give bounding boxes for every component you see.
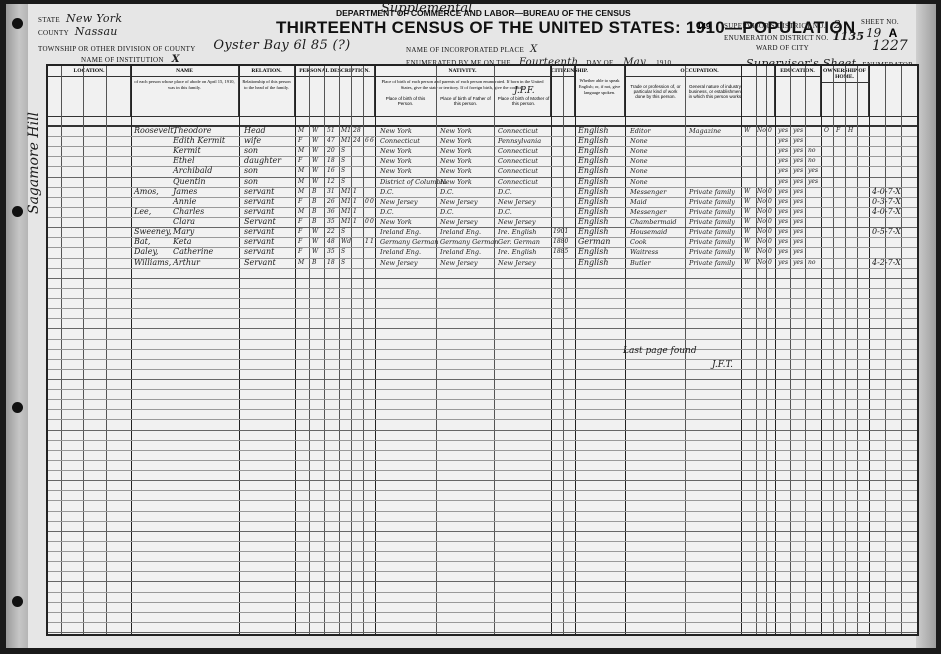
cell-father-birth: Germany German xyxy=(440,237,498,247)
row-line xyxy=(48,389,917,390)
binding-strip xyxy=(6,4,28,648)
cell-given: James xyxy=(173,187,197,197)
cell-given: Clara xyxy=(173,217,195,227)
cell-given: Ethel xyxy=(173,156,195,166)
cell-mother-birth: New Jersey xyxy=(498,197,536,207)
binder-hole xyxy=(12,402,23,413)
row-line xyxy=(48,419,917,420)
cell-trade: Butler xyxy=(630,258,651,268)
cell-race: W xyxy=(312,156,318,166)
cell-surname: Williams, xyxy=(134,258,171,268)
cell-read: yes xyxy=(778,217,788,227)
cell-employ: W xyxy=(744,126,750,136)
cell-birth: District of Columbia xyxy=(380,177,447,187)
cell-weeks: 0 xyxy=(768,217,772,227)
cell-trade: None xyxy=(630,136,648,146)
cell-father-birth: D.C. xyxy=(440,207,454,217)
cell-write: yes xyxy=(793,126,803,136)
cell-lang: English xyxy=(578,126,609,136)
cell-lang: English xyxy=(578,227,609,237)
cell-industry: Private family xyxy=(689,197,735,207)
cell-sex: F xyxy=(298,227,302,237)
cell-father-birth: New York xyxy=(440,146,472,156)
cell-birth: Germany German xyxy=(380,237,438,247)
cell-birth: Connecticut xyxy=(380,136,420,146)
row-line xyxy=(48,500,917,501)
cell-read: yes xyxy=(778,247,788,257)
cell-marital: Wd xyxy=(341,237,351,247)
cell-immig: 1880 xyxy=(553,237,568,247)
cell-sex: F xyxy=(298,197,302,207)
cell-read: yes xyxy=(778,146,788,156)
cell-race: W xyxy=(312,136,318,146)
cell-father-birth: New Jersey xyxy=(440,197,478,207)
cell-relation: servant xyxy=(244,207,274,217)
cell-years-married: 1 xyxy=(353,207,357,217)
row-line xyxy=(48,318,917,319)
cell-mother-birth: Pennsylvania xyxy=(498,136,541,146)
column-group-extra xyxy=(869,66,917,116)
cell-weeks: 0 xyxy=(768,227,772,237)
cell-lang: English xyxy=(578,177,609,187)
cell-mother-birth: Connecticut xyxy=(498,177,538,187)
cell-age: 20 xyxy=(327,146,335,156)
cell-trade: Messenger xyxy=(630,187,666,197)
cell-employ: W xyxy=(744,187,750,197)
cell-marital: M1 xyxy=(341,187,351,197)
cell-mother-birth: Connecticut xyxy=(498,156,538,166)
cell-race: B xyxy=(312,207,316,217)
census-table: LOCATION. NAME of each person whose plac… xyxy=(46,64,919,636)
cell-employ: W xyxy=(744,237,750,247)
cell-marital: S xyxy=(341,247,345,257)
row-line xyxy=(48,369,917,370)
cell-sex: M xyxy=(298,126,304,136)
row-line xyxy=(48,511,917,512)
margin-note: Sagamore Hill xyxy=(26,112,42,214)
header-birth-person: Place of birth of this Person. xyxy=(378,96,433,106)
row-line xyxy=(48,460,917,461)
binder-hole xyxy=(12,18,23,29)
cell-lang: English xyxy=(578,197,609,207)
cell-lang: English xyxy=(578,136,609,146)
row-line xyxy=(48,592,917,593)
cell-trade: Housemaid xyxy=(630,227,667,237)
department-title: DEPARTMENT OF COMMERCE AND LABOR—BUREAU … xyxy=(336,8,631,18)
cell-write: yes xyxy=(793,187,803,197)
cell-marital: S xyxy=(341,166,345,176)
cell-relation: son xyxy=(244,146,258,156)
cell-race: B xyxy=(312,258,316,268)
cell-marital: M1 xyxy=(341,126,351,136)
cell-employ: W xyxy=(744,258,750,268)
cell-age: 51 xyxy=(327,126,335,136)
cell-farm: H xyxy=(848,126,853,136)
cell-father-birth: Ireland Eng. xyxy=(440,247,481,257)
cell-read: yes xyxy=(778,207,788,217)
cell-trade: None xyxy=(630,166,648,176)
cell-industry: Private family xyxy=(689,227,735,237)
column-language: Whether able to speak English; or, if no… xyxy=(575,66,625,116)
row-line xyxy=(48,268,917,269)
cell-birth: New York xyxy=(380,166,412,176)
cell-write: yes xyxy=(793,207,803,217)
cell-marital: S xyxy=(341,146,345,156)
cell-relation: son xyxy=(244,177,258,187)
cell-trade: Maid xyxy=(630,197,647,207)
cell-lang: English xyxy=(578,146,609,156)
cell-relation: servant xyxy=(244,187,274,197)
cell-race: W xyxy=(312,237,318,247)
cell-trade: Chambermaid xyxy=(630,217,677,227)
cell-father-birth: New York xyxy=(440,166,472,176)
row-line xyxy=(48,308,917,309)
cell-lang: English xyxy=(578,156,609,166)
cell-read: yes xyxy=(778,156,788,166)
cell-out-work: No xyxy=(757,258,766,268)
cell-sex: M xyxy=(298,146,304,156)
cell-years-married: 28 xyxy=(353,126,361,136)
state-field: STATE New York xyxy=(38,12,122,25)
cell-out-work: No xyxy=(757,247,766,257)
cell-read: yes xyxy=(778,227,788,237)
header-industry: General nature of industry, business, or… xyxy=(688,84,743,99)
cell-school: no xyxy=(808,156,815,166)
cell-lang: English xyxy=(578,217,609,227)
cell-birth: Ireland Eng. xyxy=(380,227,421,237)
cell-mother-birth: Ire. English xyxy=(498,227,536,237)
cell-notation: 0-3-7-X xyxy=(872,197,901,207)
cell-trade: Waitress xyxy=(630,247,658,257)
cell-age: 18 xyxy=(327,156,335,166)
header-initials: J.P.F. xyxy=(514,86,535,96)
cell-trade: Editor xyxy=(630,126,651,136)
cell-read: yes xyxy=(778,136,788,146)
cell-lang: English xyxy=(578,258,609,268)
row-line xyxy=(48,561,917,562)
cell-write: yes xyxy=(793,227,803,237)
row-line xyxy=(48,298,917,299)
cell-sex: F xyxy=(298,156,302,166)
cell-marital: M1 xyxy=(341,197,351,207)
cell-race: B xyxy=(312,217,316,227)
cell-out-work: No xyxy=(757,227,766,237)
cell-employ: W xyxy=(744,227,750,237)
cell-weeks: 0 xyxy=(768,126,772,136)
cell-mother-birth: New Jersey xyxy=(498,217,536,227)
cell-school: yes xyxy=(808,166,818,176)
last-page-note: Last page found xyxy=(623,346,697,356)
cell-school: no xyxy=(808,146,815,156)
cell-write: yes xyxy=(793,197,803,207)
column-group-education: EDUCATION. xyxy=(775,66,821,116)
cell-write: yes xyxy=(793,258,803,268)
cell-industry: Private family xyxy=(689,258,735,268)
township-field: TOWNSHIP OR OTHER DIVISION OF COUNTY Oys… xyxy=(38,40,351,55)
cell-read: yes xyxy=(778,166,788,176)
cell-age: 48 xyxy=(327,237,335,247)
cell-notation: 4-0-7-X xyxy=(872,187,901,197)
cell-marital: M1 xyxy=(341,217,351,227)
cell-weeks: 0 xyxy=(768,207,772,217)
cell-employ: W xyxy=(744,217,750,227)
page-edge xyxy=(916,4,936,648)
cell-trade: None xyxy=(630,177,648,187)
row-line xyxy=(48,450,917,451)
cell-father-birth: New Jersey xyxy=(440,217,478,227)
cell-surname: Daley, xyxy=(134,247,158,257)
header-birth-father: Place of birth of Father of this person. xyxy=(438,96,493,106)
cell-lang: German xyxy=(578,237,610,247)
cell-birth: D.C. xyxy=(380,187,394,197)
cell-industry: Private family xyxy=(689,207,735,217)
cell-birth: D.C. xyxy=(380,207,394,217)
cell-sex: F xyxy=(298,136,302,146)
cell-father-birth: New York xyxy=(440,177,472,187)
cell-out-work: No xyxy=(757,126,766,136)
cell-father-birth: D.C. xyxy=(440,187,454,197)
cell-father-birth: New York xyxy=(440,156,472,166)
cell-industry: Private family xyxy=(689,187,735,197)
cell-sex: F xyxy=(298,237,302,247)
cell-years-married: 1 xyxy=(353,217,357,227)
census-page: STATE New York COUNTY Nassau TOWNSHIP OR… xyxy=(6,4,936,648)
cell-relation: Head xyxy=(244,126,266,136)
cell-mother-birth: Connecticut xyxy=(498,166,538,176)
cell-relation: daughter xyxy=(244,156,281,166)
cell-lang: English xyxy=(578,166,609,176)
row-line xyxy=(48,470,917,471)
enumeration-district-field: ENUMERATION DISTRICT NO. 1135 xyxy=(724,30,864,43)
cell-read: yes xyxy=(778,237,788,247)
cell-given: Mary xyxy=(173,227,194,237)
cell-birth: Ireland Eng. xyxy=(380,247,421,257)
row-line xyxy=(48,480,917,481)
cell-mother-birth: D.C. xyxy=(498,187,512,197)
stamp-number: 1227 xyxy=(872,38,908,54)
cell-given: Theodore xyxy=(173,126,212,136)
row-line xyxy=(48,490,917,491)
cell-marital: M1 xyxy=(341,136,351,146)
cell-mother-birth: Connecticut xyxy=(498,146,538,156)
cell-age: 16 xyxy=(327,166,335,176)
cell-mother-birth: Connecticut xyxy=(498,126,538,136)
row-line xyxy=(48,379,917,380)
cell-age: 12 xyxy=(327,177,335,187)
cell-race: W xyxy=(312,146,318,156)
cell-relation: servant xyxy=(244,227,274,237)
cell-out-work: No xyxy=(757,187,766,197)
cell-given: Arthur xyxy=(173,258,200,268)
cell-sex: M xyxy=(298,258,304,268)
row-line xyxy=(48,632,917,633)
cell-race: W xyxy=(312,126,318,136)
cell-birth: New Jersey xyxy=(380,258,418,268)
cell-industry: Private family xyxy=(689,247,735,257)
row-line xyxy=(48,409,917,410)
cell-read: yes xyxy=(778,258,788,268)
cell-relation: son xyxy=(244,166,258,176)
cell-out-work: No xyxy=(757,217,766,227)
cell-relation: Servant xyxy=(244,217,276,227)
cell-marital: S xyxy=(341,258,345,268)
cell-school: yes xyxy=(808,177,818,187)
cell-father-birth: Ireland Eng. xyxy=(440,227,481,237)
cell-sex: M xyxy=(298,207,304,217)
cell-notation: 4-2-7-X xyxy=(872,258,901,268)
cell-write: yes xyxy=(793,237,803,247)
cell-age: 35 xyxy=(327,217,335,227)
cell-write: yes xyxy=(793,166,803,176)
cell-sex: M xyxy=(298,166,304,176)
cell-own: O xyxy=(824,126,829,136)
cell-surname: Bat, xyxy=(134,237,150,247)
cell-mother-birth: New Jersey xyxy=(498,258,536,268)
cell-lang: English xyxy=(578,207,609,217)
cell-relation: wife xyxy=(244,136,261,146)
cell-surname: Sweeney, xyxy=(134,227,172,237)
cell-write: yes xyxy=(793,247,803,257)
cell-mother-birth: D.C. xyxy=(498,207,512,217)
cell-read: yes xyxy=(778,197,788,207)
header-birth-mother: Place of birth of Mother of this person. xyxy=(496,96,551,106)
cell-employ: W xyxy=(744,207,750,217)
cell-years-married: 1 xyxy=(353,197,357,207)
cell-notation: 0-5-7-X xyxy=(872,227,901,237)
cell-race: W xyxy=(312,227,318,237)
cell-given: Archibald xyxy=(173,166,212,176)
cell-read: yes xyxy=(778,177,788,187)
row-line xyxy=(48,622,917,623)
cell-read: yes xyxy=(778,126,788,136)
cell-age: 47 xyxy=(327,136,335,146)
row-line xyxy=(48,602,917,603)
cell-years-married: 24 xyxy=(353,136,361,146)
cell-given: Charles xyxy=(173,207,204,217)
row-line xyxy=(48,551,917,552)
row-line xyxy=(48,521,917,522)
cell-industry: Private family xyxy=(689,217,735,227)
header-trade: Trade or profession of, or particular ki… xyxy=(628,84,683,99)
cell-given: Keta xyxy=(173,237,191,247)
initials-note: J.F.T. xyxy=(712,360,733,370)
cell-surname: Lee, xyxy=(134,207,151,217)
cell-immig: 1885 xyxy=(553,247,568,257)
cell-age: 18 xyxy=(327,258,335,268)
cell-write: yes xyxy=(793,156,803,166)
cell-given: Catherine xyxy=(173,247,213,257)
cell-relation: servant xyxy=(244,197,274,207)
ward-field: WARD OF CITY xyxy=(756,44,809,52)
cell-write: yes xyxy=(793,217,803,227)
cell-notation: 4-0-7-X xyxy=(872,207,901,217)
cell-children-born: 6 xyxy=(365,136,369,146)
cell-birth: New York xyxy=(380,156,412,166)
cell-children-living: 1 xyxy=(370,237,374,247)
cell-children-living: 6 xyxy=(370,136,374,146)
cell-given: Annie xyxy=(173,197,196,207)
cell-trade: Cook xyxy=(630,237,647,247)
cell-weeks: 0 xyxy=(768,237,772,247)
cell-lang: English xyxy=(578,247,609,257)
cell-father-birth: New Jersey xyxy=(440,258,478,268)
row-line xyxy=(48,399,917,400)
cell-surname: Amos, xyxy=(134,187,159,197)
row-line xyxy=(48,541,917,542)
cell-race: W xyxy=(312,166,318,176)
cell-age: 36 xyxy=(327,207,335,217)
cell-relation: servant xyxy=(244,237,274,247)
cell-race: B xyxy=(312,197,316,207)
cell-out-work: No xyxy=(757,207,766,217)
cell-birth: New York xyxy=(380,217,412,227)
cell-industry: Private family xyxy=(689,237,735,247)
binder-hole xyxy=(12,206,23,217)
county-field: COUNTY Nassau xyxy=(38,25,118,38)
row-line xyxy=(48,359,917,360)
cell-children-born: 0 xyxy=(365,217,369,227)
cell-weeks: 0 xyxy=(768,187,772,197)
cell-children-living: 0 xyxy=(370,197,374,207)
column-group-name: NAME of each person whose place of abode… xyxy=(131,66,239,116)
cell-employ: W xyxy=(744,197,750,207)
cell-race: B xyxy=(312,187,316,197)
cell-father-birth: New York xyxy=(440,126,472,136)
cell-write: yes xyxy=(793,177,803,187)
row-line xyxy=(48,581,917,582)
row-line xyxy=(48,440,917,441)
cell-age: 22 xyxy=(327,227,335,237)
row-line xyxy=(48,339,917,340)
cell-sex: M xyxy=(298,177,304,187)
row-line xyxy=(48,349,917,350)
cell-children-living: 0 xyxy=(370,217,374,227)
cell-age: 35 xyxy=(327,247,335,257)
cell-race: W xyxy=(312,247,318,257)
cell-trade: None xyxy=(630,156,648,166)
cell-out-work: No xyxy=(757,197,766,207)
cell-weeks: 0 xyxy=(768,247,772,257)
row-line xyxy=(48,571,917,572)
column-group-relation: RELATION. Relationship of this person to… xyxy=(239,66,295,116)
cell-marital: M1 xyxy=(341,207,351,217)
cell-trade: None xyxy=(630,146,648,156)
cell-school: no xyxy=(808,258,815,268)
binder-hole xyxy=(12,596,23,607)
row-line xyxy=(48,278,917,279)
cell-race: W xyxy=(312,177,318,187)
cell-marital: S xyxy=(341,177,345,187)
cell-read: yes xyxy=(778,187,788,197)
cell-weeks: 0 xyxy=(768,197,772,207)
row-line xyxy=(48,328,917,329)
cell-mother-birth: Ger. German xyxy=(498,237,540,247)
cell-employ: W xyxy=(744,247,750,257)
cell-immig: 1901 xyxy=(553,227,568,237)
cell-birth: New Jersey xyxy=(380,197,418,207)
cell-marital: S xyxy=(341,227,345,237)
cell-write: yes xyxy=(793,146,803,156)
cell-years-married: 1 xyxy=(353,187,357,197)
cell-sex: M xyxy=(298,187,304,197)
cell-relation: servant xyxy=(244,247,274,257)
cell-weeks: 0 xyxy=(768,258,772,268)
cell-given: Edith Kermit xyxy=(173,136,225,146)
page-stamp: 149 xyxy=(697,22,710,31)
cell-given: Quentin xyxy=(173,177,206,187)
row-line xyxy=(48,612,917,613)
cell-children-born: 0 xyxy=(365,197,369,207)
